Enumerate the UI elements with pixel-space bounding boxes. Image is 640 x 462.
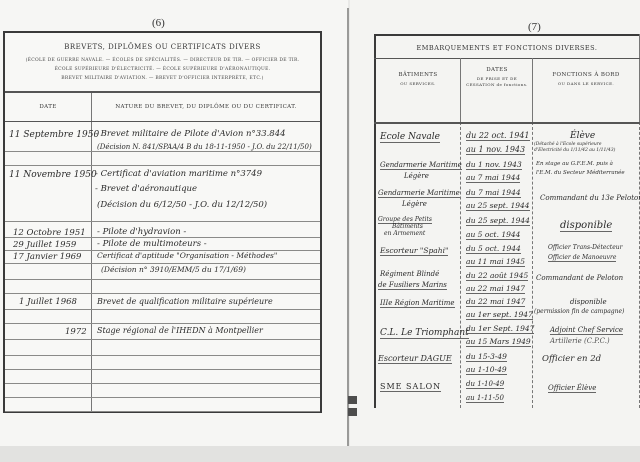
entry-function: En stage au G.F.E.M. puis à: [536, 161, 613, 167]
entry-service: Légère: [402, 200, 427, 208]
entry-date-to: au 22 mai 1947: [466, 284, 525, 294]
ruled-line: [5, 339, 320, 340]
certificates-table: BREVETS, DIPLÔMES OU CERTIFICATS DIVERS …: [3, 31, 322, 413]
entry-service: Régiment Blindé: [380, 270, 439, 278]
table-body: DATE NATURE DU BREVET, DU DIPLÔME OU DU …: [5, 93, 320, 411]
entry-function: Officier de Manoeuvre: [548, 254, 616, 262]
entry-date: 1972: [65, 327, 87, 337]
entry-function: Commandant de Peloton: [536, 274, 623, 282]
entry-text: (Décision du 6/12/50 - J.O. du 12/12/50): [97, 200, 267, 210]
entry-date-to: au 25 sept. 1944: [466, 201, 530, 211]
entry-service: Bâtiments: [392, 223, 423, 230]
entry-date-from: du 5 oct. 1944: [466, 244, 521, 254]
entry-date: 29 Juillet 1959: [13, 240, 76, 250]
column-header-nature: NATURE DU BREVET, DU DIPLÔME OU DU CERTI…: [92, 104, 320, 110]
divider: [374, 58, 640, 59]
entry-function: Élève: [570, 131, 595, 141]
entry-text: Stage régional de l'IHEDN à Montpellier: [97, 326, 263, 335]
column-sublabel: OU DANS LE SERVICE.: [534, 81, 638, 86]
entry-service: Gendarmerie Maritime: [378, 189, 460, 198]
entry-date-to: au 5 oct. 1944: [466, 230, 520, 240]
scan-edge: [0, 446, 640, 462]
table-title: EMBARQUEMENTS ET FONCTIONS DIVERSES.: [374, 44, 640, 52]
column-header-date: DATE: [5, 104, 91, 110]
binding-mark: [348, 396, 357, 404]
entry-service: Légère: [404, 172, 429, 180]
entry-function: Officier en 2d: [542, 354, 601, 364]
entry-function: Officier Trans-Détecteur: [548, 244, 623, 251]
entry-date-from: du 22 mai 1947: [466, 297, 525, 307]
ruled-line: [5, 369, 320, 370]
entry-date-from: du 15-3-49: [466, 352, 507, 362]
column-label: FONCTIONS À BORD: [552, 72, 619, 78]
entry-date: 11 Novembre 1950: [9, 170, 97, 180]
ruled-line: [5, 279, 320, 280]
ruled-line: [5, 323, 320, 324]
entry-function: (permission fin de campagne): [534, 308, 624, 315]
ruled-line: [5, 165, 320, 166]
entry-text: - Brevet militaire de Pilote d'Avion n°3…: [95, 129, 286, 139]
table-title: BREVETS, DIPLÔMES OU CERTIFICATS DIVERS: [5, 43, 320, 51]
column-divider: [91, 93, 92, 411]
ruled-line: [5, 293, 320, 294]
page-number: (6): [152, 17, 165, 29]
entry-date-to: au 7 mai 1944: [466, 173, 520, 183]
entry-date-to: au 11 mai 1945: [466, 257, 525, 267]
entry-function: disponible: [560, 220, 612, 232]
table-subtitle: ÉCOLE SUPÉRIEURE D'ÉLECTRICITÉ. — ÉCOLE …: [9, 66, 316, 74]
ruled-line: [5, 151, 320, 152]
top-border: [374, 34, 640, 36]
column-divider: [532, 122, 533, 408]
entry-date-to: au 1-10-49: [466, 365, 507, 375]
column-sublabel: OU SERVICES.: [376, 81, 460, 86]
entry-date-to: au 1-11-50: [466, 394, 504, 403]
entry-function: disponible: [570, 298, 607, 306]
column-label: DATES: [486, 67, 508, 73]
entry-service: Ecole Navale: [380, 132, 440, 143]
column-header-functions: FONCTIONS À BORD OU DANS LE SERVICE.: [534, 72, 638, 86]
entry-service: de Fusiliers Marins: [378, 281, 447, 290]
entry-service: IIIe Région Maritime: [380, 299, 455, 308]
ruled-line: [5, 263, 320, 264]
entry-date-to: au 1 nov. 1943: [466, 145, 525, 155]
table-subtitle: (ÉCOLE DE GUERRE NAVALE. — ÉCOLES DE SPÉ…: [9, 57, 316, 65]
column-label: BÂTIMENTS: [398, 72, 437, 78]
ruled-line: [5, 355, 320, 356]
entry-text: Certificat d'aptitude "Organisation - Mé…: [97, 251, 277, 260]
entry-function: Officier Élève: [548, 384, 596, 393]
entry-service: C.L. Le Triomphant: [380, 328, 469, 339]
entry-text: - Brevet d'aéronautique: [95, 184, 197, 194]
table-subtitle: BREVET MILITAIRE D'AVIATION. — BREVET D'…: [9, 75, 316, 83]
column-header-services: BÂTIMENTS OU SERVICES.: [376, 72, 460, 86]
ruled-line: [5, 221, 320, 222]
entry-text: Brevet de qualification militaire supéri…: [97, 297, 273, 306]
entry-date-from: du 1-10-49: [466, 380, 504, 389]
entry-service: Escorteur "Spahi": [380, 246, 448, 256]
entry-date: 1 Juillet 1968: [19, 297, 77, 307]
entry-date-from: du 1er Sept. 1947: [466, 324, 534, 334]
entry-text: - Pilote d'hydravion -: [97, 227, 186, 237]
entry-service: en Armement: [384, 230, 425, 237]
entry-date-from: du 22 août 1945: [466, 271, 528, 281]
ruled-line: [5, 397, 320, 398]
entry-date-from: du 1 nov. 1943: [466, 160, 522, 170]
entry-date: 17 Janvier 1969: [13, 252, 81, 262]
entry-text: - Certificat d'aviation maritime n°3749: [95, 169, 262, 179]
entry-function: Commandant du 13e Peloton: [540, 194, 640, 202]
ruled-line: [5, 309, 320, 310]
entry-function: d'Electricité du 1/11/42 au 1/11/43): [534, 148, 615, 153]
entry-text: (Décision n° 3910/EMM/5 du 17/1/69): [101, 265, 246, 274]
column-header-dates: DATES DE PRISE ET DE CESSATION de foncti…: [464, 67, 530, 88]
entry-function: Adjoint Chef Service: [550, 326, 623, 335]
ruled-line: [5, 411, 320, 412]
divider: [5, 121, 320, 122]
column-sublabel: DE PRISE ET DE CESSATION de fonctions.: [464, 76, 530, 88]
entry-date: 11 Septembre 1950: [9, 130, 99, 140]
divider: [374, 122, 640, 124]
entry-service: SME SALON: [380, 382, 441, 392]
entry-date-from: du 25 sept. 1944: [466, 216, 530, 226]
page-number: (7): [528, 21, 541, 33]
book-gutter: [347, 8, 349, 448]
entry-date-to: au 15 Mars 1949: [466, 337, 531, 347]
entry-date-to: au 1er sept. 1947: [466, 310, 533, 320]
entry-text: - Pilote de multimoteurs -: [97, 239, 207, 249]
column-divider: [460, 58, 461, 122]
entry-date-from: du 22 oct. 1941: [466, 131, 530, 141]
ruled-line: [5, 383, 320, 384]
entry-function: (Détaché à l'Ecole supérieure: [534, 142, 602, 147]
entry-service: Gendarmerie Maritime: [380, 161, 462, 170]
entry-function: Artillerie (C.P.C.): [550, 337, 610, 345]
binding-mark: [348, 408, 357, 416]
entry-text: (Décision N. 841/SPAA/4 B du 18-11-1950 …: [97, 143, 312, 151]
column-divider: [532, 58, 533, 122]
entry-service: Escorteur DAGUE: [378, 354, 452, 364]
left-border: [374, 34, 376, 408]
entry-date-from: du 7 mai 1944: [466, 188, 521, 198]
entry-date: 12 Octobre 1951: [13, 228, 86, 238]
assignments-table: EMBARQUEMENTS ET FONCTIONS DIVERSES. BÂT…: [374, 34, 640, 408]
entry-function: l'E.M. du Secteur Méditerranée: [536, 170, 625, 176]
